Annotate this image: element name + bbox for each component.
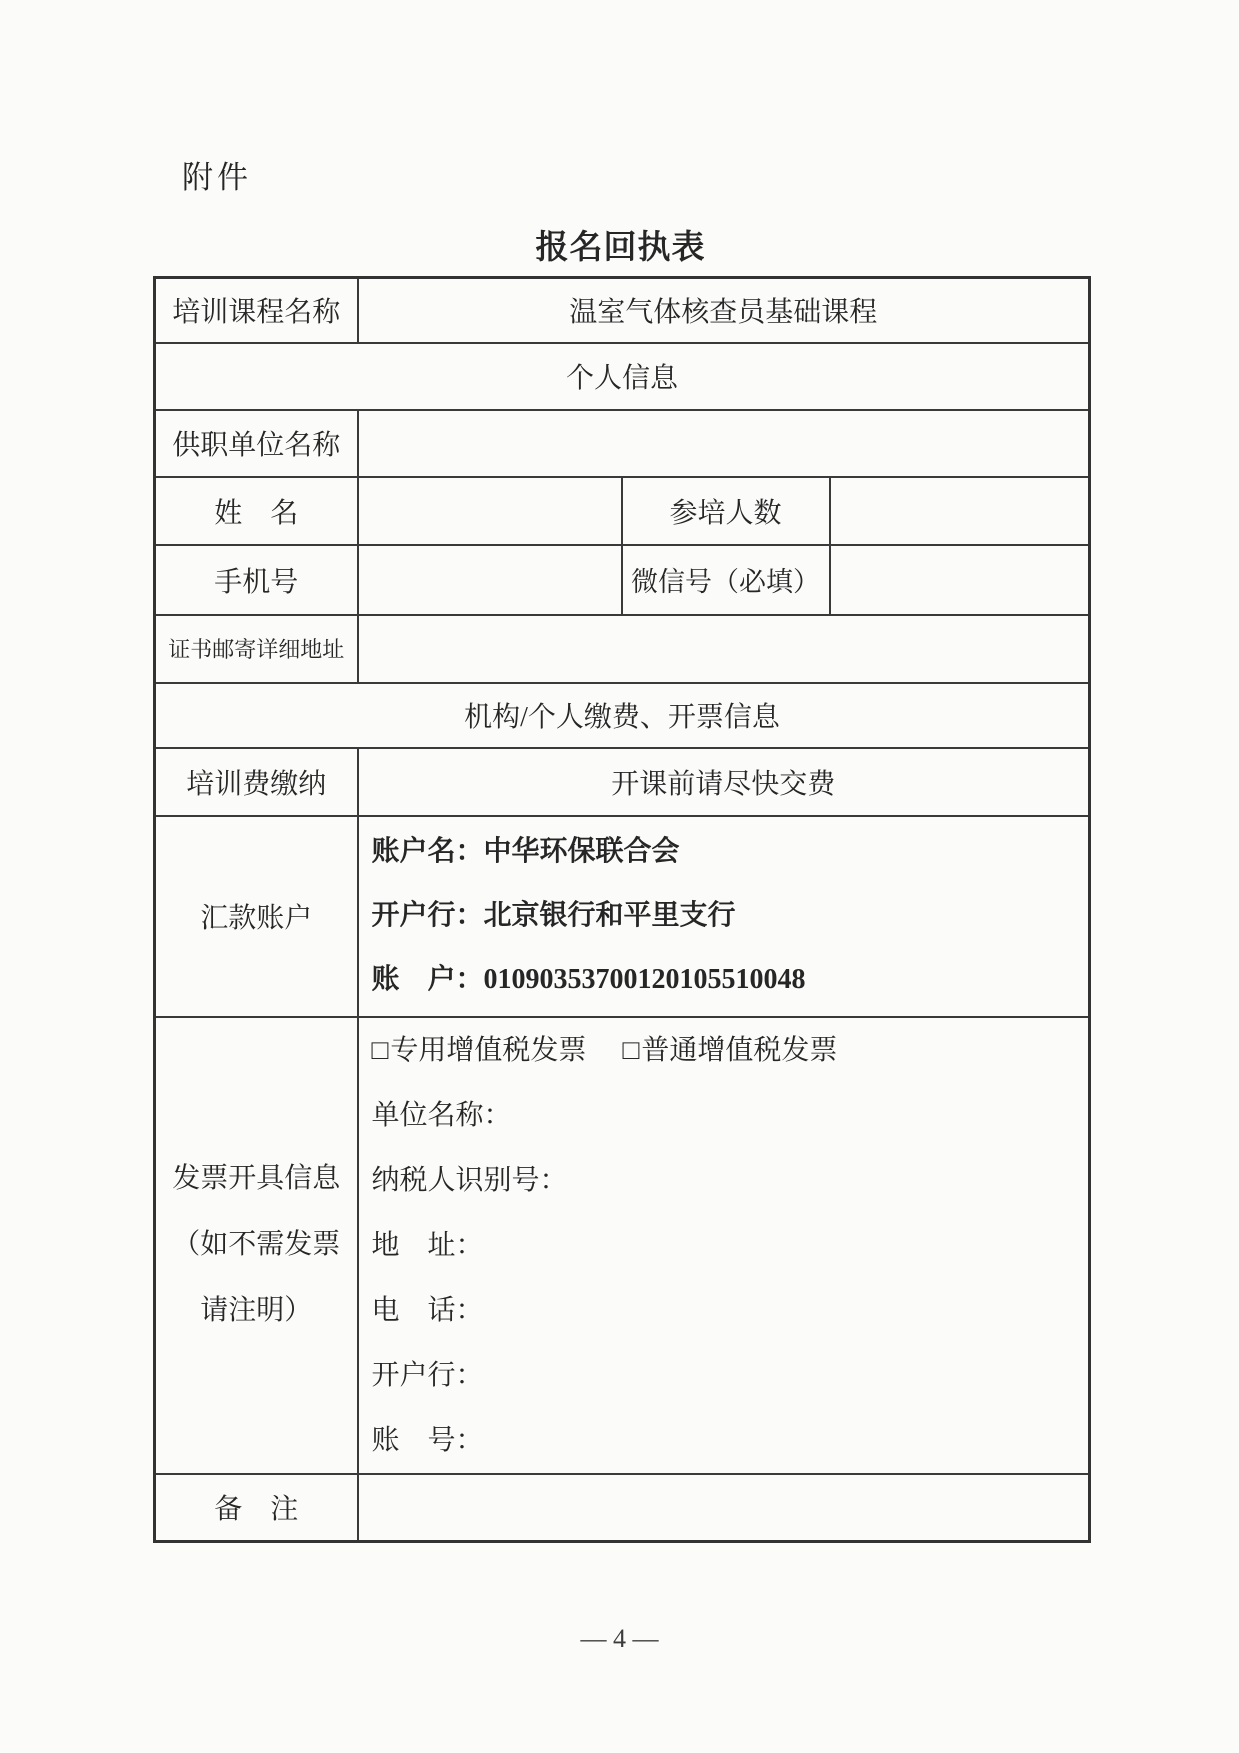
participants-value-cell xyxy=(830,477,1090,545)
table-row-course: 培训课程名称 温室气体核查员基础课程 xyxy=(155,278,1090,343)
participants-label: 参培人数 xyxy=(622,477,830,545)
table-row-name: 姓 名 参培人数 xyxy=(155,477,1090,545)
page-number: — 4 — xyxy=(0,1624,1239,1654)
invoice-label-line-3: 请注明） xyxy=(200,1278,312,1344)
name-value-cell xyxy=(358,477,622,545)
remittance-details: 账户名：中华环保联合会 开户行：北京银行和平里支行 账 户：0109035370… xyxy=(359,817,1089,1016)
invoice-type-options-row: □专用增值税发票□普通增值税发票 xyxy=(359,1018,1089,1083)
invoice-details-cell: □专用增值税发票□普通增值税发票 单位名称： 纳税人识别号： 地 址： 电 话：… xyxy=(358,1017,1090,1474)
checkbox-icon: □ xyxy=(372,1035,389,1066)
mobile-label: 手机号 xyxy=(155,545,358,615)
remit-account-name: 账户名：中华环保联合会 xyxy=(359,820,1089,884)
invoice-label-line-2: （如不需发票 xyxy=(172,1212,340,1278)
invoice-label: 发票开具信息 （如不需发票 请注明） xyxy=(156,1018,357,1473)
table-row-fee: 培训费缴纳 开课前请尽快交费 xyxy=(155,748,1090,816)
checkbox-label-general-vat: 普通增值税发票 xyxy=(641,1035,837,1066)
scanned-document-page: 附件 报名回执表 培训课程名称 温室气体核查员基础课程 个人信息 供职单位名称 … xyxy=(0,0,1239,1753)
table-row-remittance: 汇款账户 账户名：中华环保联合会 开户行：北京银行和平里支行 账 户：01090… xyxy=(155,816,1090,1017)
page-title: 报名回执表 xyxy=(153,221,1088,268)
invoice-field-company-name: 单位名称： xyxy=(359,1083,1089,1148)
table-row-employer: 供职单位名称 xyxy=(155,410,1090,477)
invoice-field-taxpayer-id: 纳税人识别号： xyxy=(359,1148,1089,1213)
checkbox-option-special-vat-invoice: □专用增值税发票 xyxy=(372,1035,587,1066)
mobile-value-cell xyxy=(358,545,622,615)
remark-label: 备 注 xyxy=(155,1474,358,1542)
wechat-value-cell xyxy=(830,545,1090,615)
invoice-field-bank: 开户行： xyxy=(359,1343,1089,1408)
remittance-details-cell: 账户名：中华环保联合会 开户行：北京银行和平里支行 账 户：0109035370… xyxy=(358,816,1090,1017)
course-name-value: 温室气体核查员基础课程 xyxy=(358,278,1090,343)
cert-address-label: 证书邮寄详细地址 xyxy=(155,615,358,683)
employer-label: 供职单位名称 xyxy=(155,410,358,477)
table-row-mobile: 手机号 微信号（必填） xyxy=(155,545,1090,615)
name-label: 姓 名 xyxy=(155,477,358,545)
table-row-payment-section: 机构/个人缴费、开票信息 xyxy=(155,683,1090,748)
personal-info-section-header: 个人信息 xyxy=(155,343,1090,410)
attachment-label: 附件 xyxy=(182,152,252,197)
registration-reply-form-table: 培训课程名称 温室气体核查员基础课程 个人信息 供职单位名称 姓 名 参培人数 … xyxy=(153,276,1091,1543)
fee-label: 培训费缴纳 xyxy=(155,748,358,816)
invoice-field-phone: 电 话： xyxy=(359,1278,1089,1343)
remittance-label: 汇款账户 xyxy=(155,816,358,1017)
invoice-label-cell: 发票开具信息 （如不需发票 请注明） xyxy=(155,1017,358,1474)
checkbox-label-special-vat: 专用增值税发票 xyxy=(390,1035,586,1066)
cert-address-value-cell xyxy=(358,615,1090,683)
table-row-invoice: 发票开具信息 （如不需发票 请注明） □专用增值税发票□普通增值税发票 单位名称… xyxy=(155,1017,1090,1474)
checkbox-icon: □ xyxy=(622,1035,639,1066)
table-row-cert-address: 证书邮寄详细地址 xyxy=(155,615,1090,683)
course-name-label: 培训课程名称 xyxy=(155,278,358,343)
table-row-personal-section: 个人信息 xyxy=(155,343,1090,410)
table-row-remark: 备 注 xyxy=(155,1474,1090,1542)
invoice-label-line-1: 发票开具信息 xyxy=(172,1146,340,1212)
checkbox-option-general-vat-invoice: □普通增值税发票 xyxy=(622,1035,837,1066)
remark-value-cell xyxy=(358,1474,1090,1542)
invoice-field-account-number: 账 号： xyxy=(359,1408,1089,1473)
invoice-field-address: 地 址： xyxy=(359,1213,1089,1278)
payment-info-section-header: 机构/个人缴费、开票信息 xyxy=(155,683,1090,748)
remit-account-number: 账 户：01090353700120105510048 xyxy=(359,948,1089,1012)
remit-bank-branch: 开户行：北京银行和平里支行 xyxy=(359,884,1089,948)
fee-value: 开课前请尽快交费 xyxy=(358,748,1090,816)
wechat-label: 微信号（必填） xyxy=(622,545,830,615)
employer-value-cell xyxy=(358,410,1090,477)
